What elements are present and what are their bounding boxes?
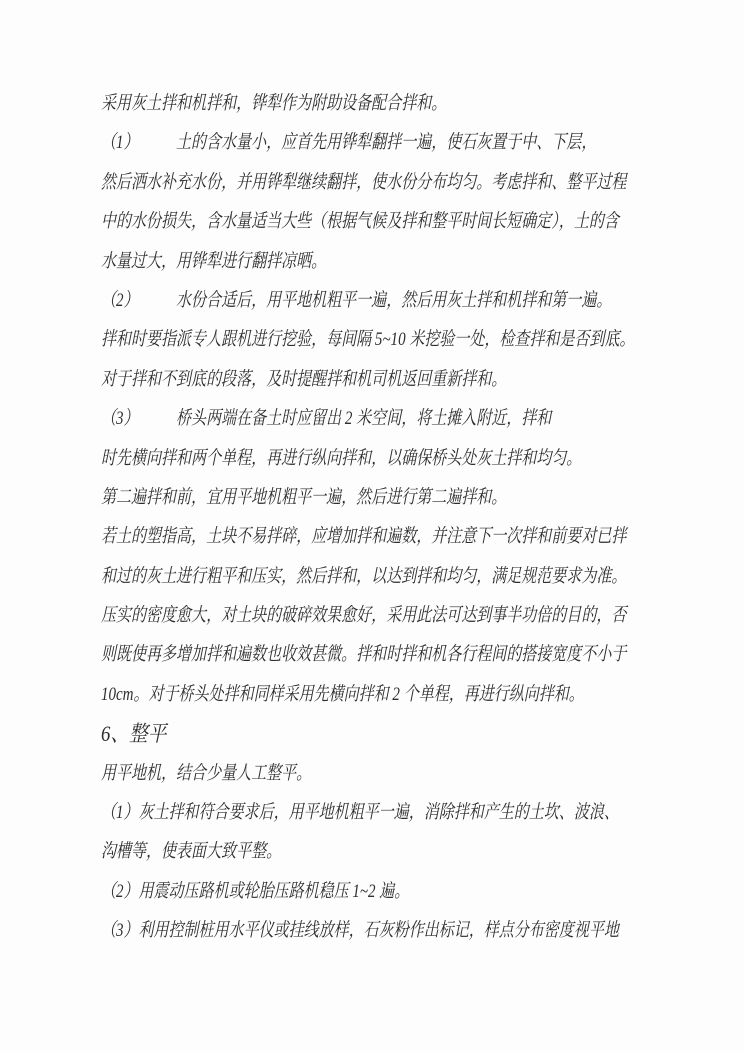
text-block: 采用灰土拌和机拌和，铧犁作为附助设备配合拌和。 （1） 土的含水量小，应首先用铧… (101, 84, 721, 951)
text-line: 第二遍拌和前，宜用平地机粗平一遍，然后进行第二遍拌和。 (101, 478, 591, 517)
text-line: 压实的密度愈大，对土块的破碎效果愈好，采用此法可达到事半功倍的目的，否 (101, 596, 591, 635)
text-line: （3）利用控制桩用水平仪或挂线放样，石灰粉作出标记，样点分布密度视平地 (101, 911, 591, 950)
text-line: 采用灰土拌和机拌和，铧犁作为附助设备配合拌和。 (101, 84, 591, 123)
document-page: 采用灰土拌和机拌和，铧犁作为附助设备配合拌和。 （1） 土的含水量小，应首先用铧… (0, 0, 744, 1052)
text-line: 则既使再多增加拌和遍数也收效甚微。拌和时拌和机各行程间的搭接宽度不小于 (101, 635, 591, 674)
text-line: 和过的灰土进行粗平和压实，然后拌和，以达到拌和均匀，满足规范要求为准。 (101, 557, 591, 596)
text-line: （1）灰土拌和符合要求后，用平地机粗平一遍，消除拌和产生的土坎、波浪、 (101, 793, 591, 832)
text-line: （2） 水份合适后，用平地机粗平一遍，然后用灰土拌和机拌和第一遍。 (101, 281, 591, 320)
text-line: 拌和时要指派专人跟机进行挖验，每间隔 5~10 米挖验一处，检查拌和是否到底。 (101, 320, 591, 359)
text-line: 时先横向拌和两个单程，再进行纵向拌和，以确保桥头处灰土拌和均匀。 (101, 439, 591, 478)
section-heading: 6、整平 (101, 714, 628, 753)
text-line: （3） 桥头两端在备土时应留出 2 米空间，将土摊入附近，拌和 (101, 399, 591, 438)
text-line: 对于拌和不到底的段落，及时提醒拌和机司机返回重新拌和。 (101, 360, 591, 399)
text-line: 10cm。对于桥头处拌和同样采用先横向拌和 2 个单程，再进行纵向拌和。 (101, 675, 591, 714)
text-line: 若土的塑指高，土块不易拌碎，应增加拌和遍数，并注意下一次拌和前要对已拌 (101, 517, 591, 556)
text-line: 中的水份损失，含水量适当大些（根据气候及拌和整平时间长短确定），土的含 (101, 202, 591, 241)
text-line: （1） 土的含水量小，应首先用铧犁翻拌一遍，使石灰置于中、下层， (101, 123, 591, 162)
text-line: 沟槽等，使表面大致平整。 (101, 832, 591, 871)
text-line: 用平地机，结合少量人工整平。 (101, 754, 591, 793)
text-line: 水量过大，用铧犁进行翻拌凉晒。 (101, 242, 591, 281)
text-line: （2）用震动压路机或轮胎压路机稳压 1~2 遍。 (101, 872, 591, 911)
text-line: 然后洒水补充水份，并用铧犁继续翻拌，使水份分布均匀。考虑拌和、整平过程 (101, 163, 591, 202)
